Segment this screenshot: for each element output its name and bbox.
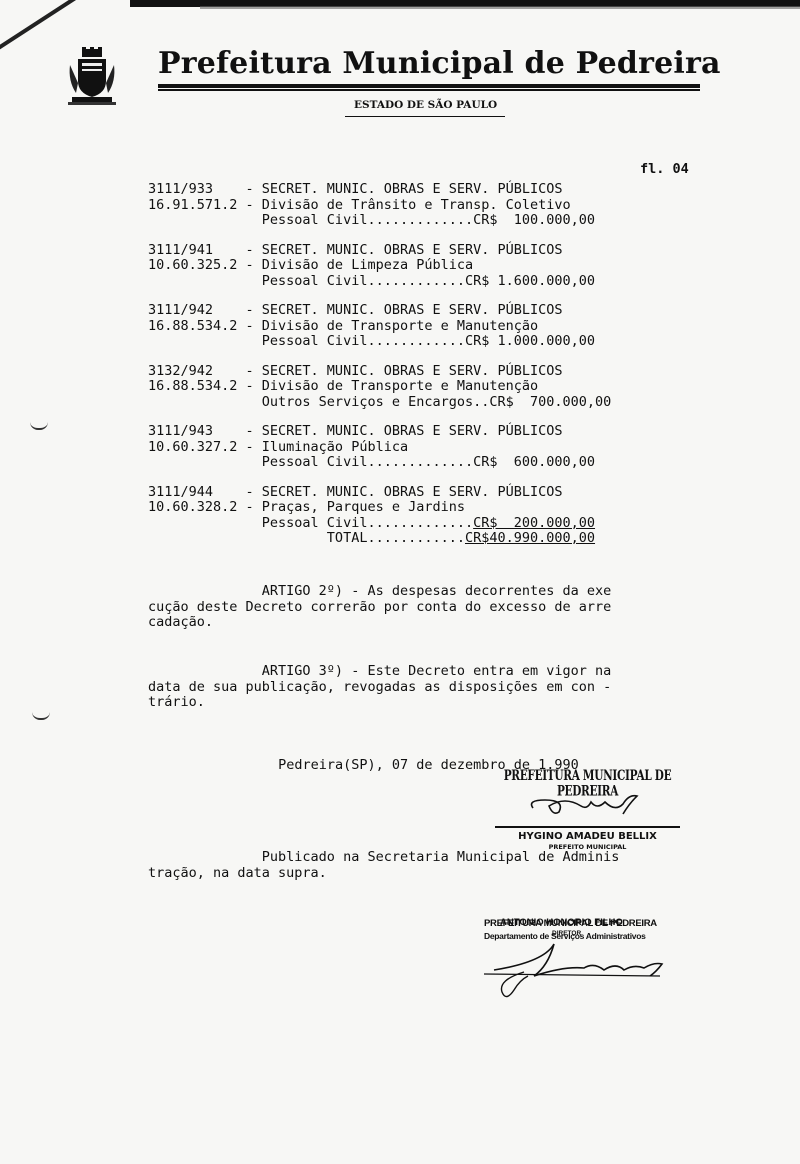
scan-smudge (32, 712, 50, 720)
page-folio: fl. 04 (640, 161, 689, 177)
scan-smudge (30, 422, 48, 430)
entry-division-line: 10.60.327.2 - Iluminação Pública (148, 440, 708, 456)
municipal-coat-of-arms-icon (66, 47, 118, 107)
budget-entries: 3111/933 - SECRET. MUNIC. OBRAS E SERV. … (148, 182, 708, 561)
mayor-signature-block: PREFEITURA MUNICIPAL DE PEDREIRA HYGINO … (495, 772, 680, 851)
entry-amount: CR$ 1.600.000,00 (465, 273, 595, 289)
total-line: TOTAL............CR$40.990.000,00 (148, 531, 708, 547)
entry-amount: CR$ 200.000,00 (473, 515, 595, 531)
article-2: ARTIGO 2º) - As despesas decorrentes da … (148, 584, 693, 631)
entry-amount: CR$ 600.000,00 (473, 454, 595, 470)
entry-secretariat-line: 3111/942 - SECRET. MUNIC. OBRAS E SERV. … (148, 303, 708, 319)
letterhead: Prefeitura Municipal de Pedreira (158, 46, 700, 91)
entry-secretariat-line: 3111/944 - SECRET. MUNIC. OBRAS E SERV. … (148, 485, 708, 501)
entry-division-line: 10.60.328.2 - Praças, Parques e Jardins (148, 500, 708, 516)
budget-entry: 3111/943 - SECRET. MUNIC. OBRAS E SERV. … (148, 424, 708, 471)
article-3: ARTIGO 3º) - Este Decreto entra em vigor… (148, 664, 693, 711)
publication-note: Publicado na Secretaria Municipal de Adm… (148, 850, 693, 881)
total-amount: CR$40.990.000,00 (465, 530, 595, 546)
budget-entry: 3111/942 - SECRET. MUNIC. OBRAS E SERV. … (148, 303, 708, 350)
entry-division-line: 10.60.325.2 - Divisão de Limpeza Pública (148, 258, 708, 274)
budget-entry: 3111/944 - SECRET. MUNIC. OBRAS E SERV. … (148, 485, 708, 547)
entry-amount-line: Pessoal Civil.............CR$ 600.000,00 (148, 455, 708, 471)
entry-amount-line: Outros Serviços e Encargos..CR$ 700.000,… (148, 395, 708, 411)
text-line: ARTIGO 2º) - As despesas decorrentes da … (148, 584, 693, 600)
entry-amount: CR$ 700.000,00 (489, 394, 611, 410)
entry-division-line: 16.91.571.2 - Divisão de Trânsito e Tran… (148, 198, 708, 214)
entry-amount-line: Pessoal Civil.............CR$ 200.000,00 (148, 516, 708, 532)
budget-entry: 3111/941 - SECRET. MUNIC. OBRAS E SERV. … (148, 243, 708, 290)
text-line: Publicado na Secretaria Municipal de Adm… (148, 850, 693, 866)
entry-amount-line: Pessoal Civil.............CR$ 100.000,00 (148, 213, 708, 229)
text-line: cução deste Decreto correrão por conta d… (148, 600, 693, 616)
entry-division-line: 16.88.534.2 - Divisão de Transporte e Ma… (148, 379, 708, 395)
entry-amount-line: Pessoal Civil............CR$ 1.000.000,0… (148, 334, 708, 350)
mayor-signature-rule (495, 826, 680, 828)
letterhead-title: Prefeitura Municipal de Pedreira (158, 46, 700, 82)
text-line: cadação. (148, 615, 693, 631)
mayor-signature-scribble-icon (525, 790, 655, 818)
entry-secretariat-line: 3111/933 - SECRET. MUNIC. OBRAS E SERV. … (148, 182, 708, 198)
director-signature-block: PREFEITURA MUNICIPAL DE PEDREIRA Departa… (484, 918, 684, 937)
letterhead-subtitle: ESTADO DE SÃO PAULO (354, 99, 497, 111)
director-signature-scribble-icon (484, 936, 674, 1002)
letterhead-rule-thin (158, 89, 700, 91)
entry-amount: CR$ 100.000,00 (473, 212, 595, 228)
entry-secretariat-line: 3132/942 - SECRET. MUNIC. OBRAS E SERV. … (148, 364, 708, 380)
mayor-name: HYGINO AMADEU BELLIX (495, 831, 680, 842)
letterhead-rule (158, 84, 700, 88)
letterhead-subtitle-rule (345, 116, 505, 117)
entry-amount-line: Pessoal Civil............CR$ 1.600.000,0… (148, 274, 708, 290)
entry-division-line: 16.88.534.2 - Divisão de Transporte e Ma… (148, 319, 708, 335)
entry-secretariat-line: 3111/943 - SECRET. MUNIC. OBRAS E SERV. … (148, 424, 708, 440)
text-line: tração, na data supra. (148, 866, 693, 882)
text-line: trário. (148, 695, 693, 711)
budget-entry: 3111/933 - SECRET. MUNIC. OBRAS E SERV. … (148, 182, 708, 229)
entry-secretariat-line: 3111/941 - SECRET. MUNIC. OBRAS E SERV. … (148, 243, 708, 259)
budget-entry: 3132/942 - SECRET. MUNIC. OBRAS E SERV. … (148, 364, 708, 411)
text-line: data de sua publicação, revogadas as dis… (148, 680, 693, 696)
text-line: ARTIGO 3º) - Este Decreto entra em vigor… (148, 664, 693, 680)
scan-edge-shadow (200, 6, 800, 9)
entry-amount: CR$ 1.000.000,00 (465, 333, 595, 349)
